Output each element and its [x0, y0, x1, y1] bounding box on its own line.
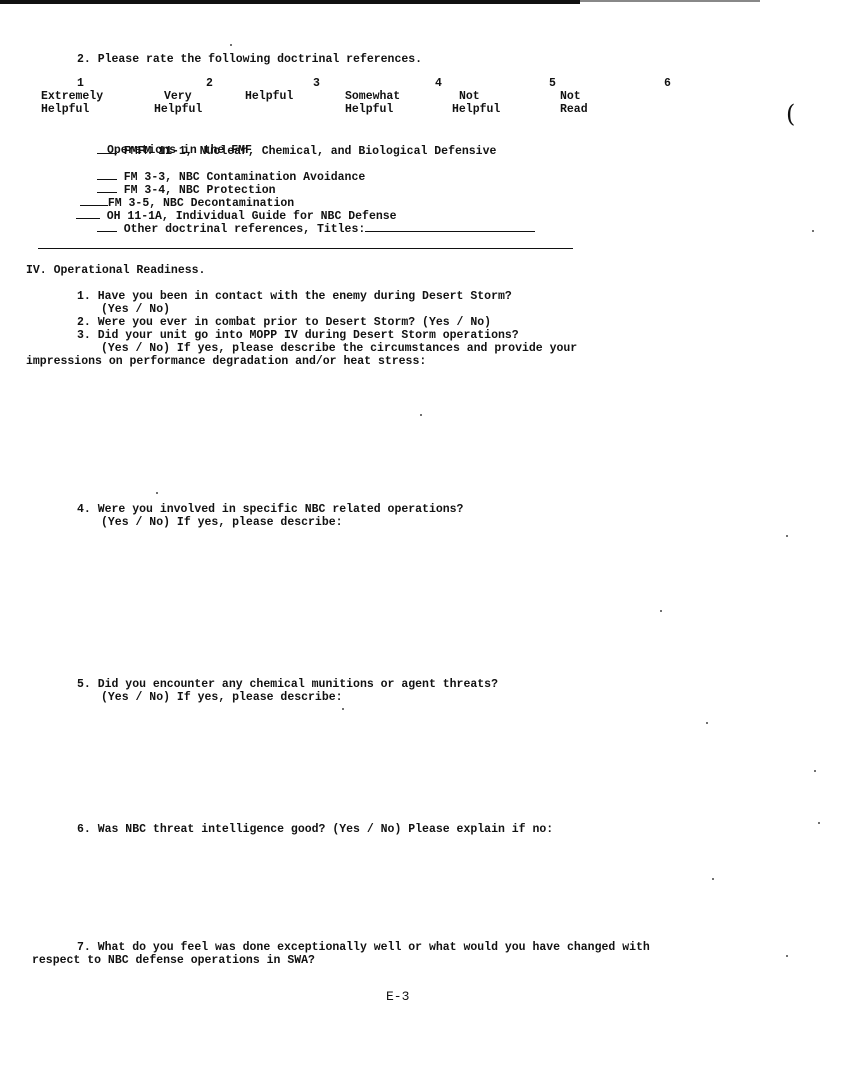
reference-item-other: Other doctrinal references, Titles: [83, 209, 535, 236]
scale-label-1b: Helpful [41, 103, 89, 116]
scan-speck [342, 708, 344, 710]
scale-label-6a: Not [560, 90, 581, 103]
question-iv-4-line2: (Yes / No) If yes, please describe: [101, 516, 343, 529]
margin-parenthesis-mark: ( [786, 100, 795, 128]
scale-label-4b: Helpful [345, 103, 393, 116]
scale-label-5a: Not [459, 90, 480, 103]
question-iv-4: 4. Were you involved in specific NBC rel… [77, 503, 463, 516]
other-titles-field[interactable] [365, 222, 535, 232]
scale-label-4a: Somewhat [345, 90, 400, 103]
section-divider [38, 248, 573, 249]
scale-num-1: 1 [77, 77, 84, 90]
question-iv-3-line2: (Yes / No) If yes, please describe the c… [101, 342, 577, 355]
scan-speck [818, 822, 820, 824]
question-iv-2: 2. Were you ever in combat prior to Dese… [77, 316, 491, 329]
rating-blank[interactable] [97, 222, 117, 232]
answer-area-q3[interactable] [26, 372, 786, 497]
question-2-rate-references: 2. Please rate the following doctrinal r… [77, 53, 422, 66]
scan-edge-bar [0, 0, 850, 4]
scan-speck [706, 722, 708, 724]
question-iv-5: 5. Did you encounter any chemical muniti… [77, 678, 498, 691]
question-iv-7: 7. What do you feel was done exceptional… [77, 941, 650, 954]
scale-label-6b: Read [560, 103, 588, 116]
question-iv-5-line2: (Yes / No) If yes, please describe: [101, 691, 343, 704]
scan-speck [660, 610, 662, 612]
scale-label-2a: Very [164, 90, 192, 103]
question-iv-1: 1. Have you been in contact with the ene… [77, 290, 512, 303]
page-number: E-3 [386, 990, 409, 1003]
section-iv-heading: IV. Operational Readiness. [26, 264, 205, 277]
scan-speck [812, 230, 814, 232]
scale-num-3: 3 [313, 77, 320, 90]
scan-speck [230, 44, 232, 46]
scan-speck [712, 878, 714, 880]
scale-num-5: 5 [549, 77, 556, 90]
scale-label-3a: Helpful [245, 90, 293, 103]
scale-num-4: 4 [435, 77, 442, 90]
reference-title: Other doctrinal references, Titles: [124, 223, 366, 236]
scan-speck [156, 492, 158, 494]
scale-label-2b: Helpful [154, 103, 202, 116]
question-iv-6: 6. Was NBC threat intelligence good? (Ye… [77, 823, 553, 836]
question-iv-3-line3: impressions on performance degradation a… [26, 355, 426, 368]
scale-label-5b: Helpful [452, 103, 500, 116]
scan-speck [786, 955, 788, 957]
scan-speck [786, 535, 788, 537]
scale-label-1a: Extremely [41, 90, 103, 103]
answer-area-q4[interactable] [26, 533, 786, 673]
question-iv-7-line2: respect to NBC defense operations in SWA… [32, 954, 315, 967]
scale-num-2: 2 [206, 77, 213, 90]
reference-item-fmfm-11-1-cont: Operations in the FMF [107, 144, 252, 157]
answer-area-q5[interactable] [26, 708, 786, 818]
answer-area-q6[interactable] [26, 840, 786, 940]
scale-num-6: 6 [664, 77, 671, 90]
scan-speck [420, 414, 422, 416]
question-iv-1-yes-no: (Yes / No) [101, 303, 170, 316]
question-iv-3: 3. Did your unit go into MOPP IV during … [77, 329, 519, 342]
scan-speck [814, 770, 816, 772]
